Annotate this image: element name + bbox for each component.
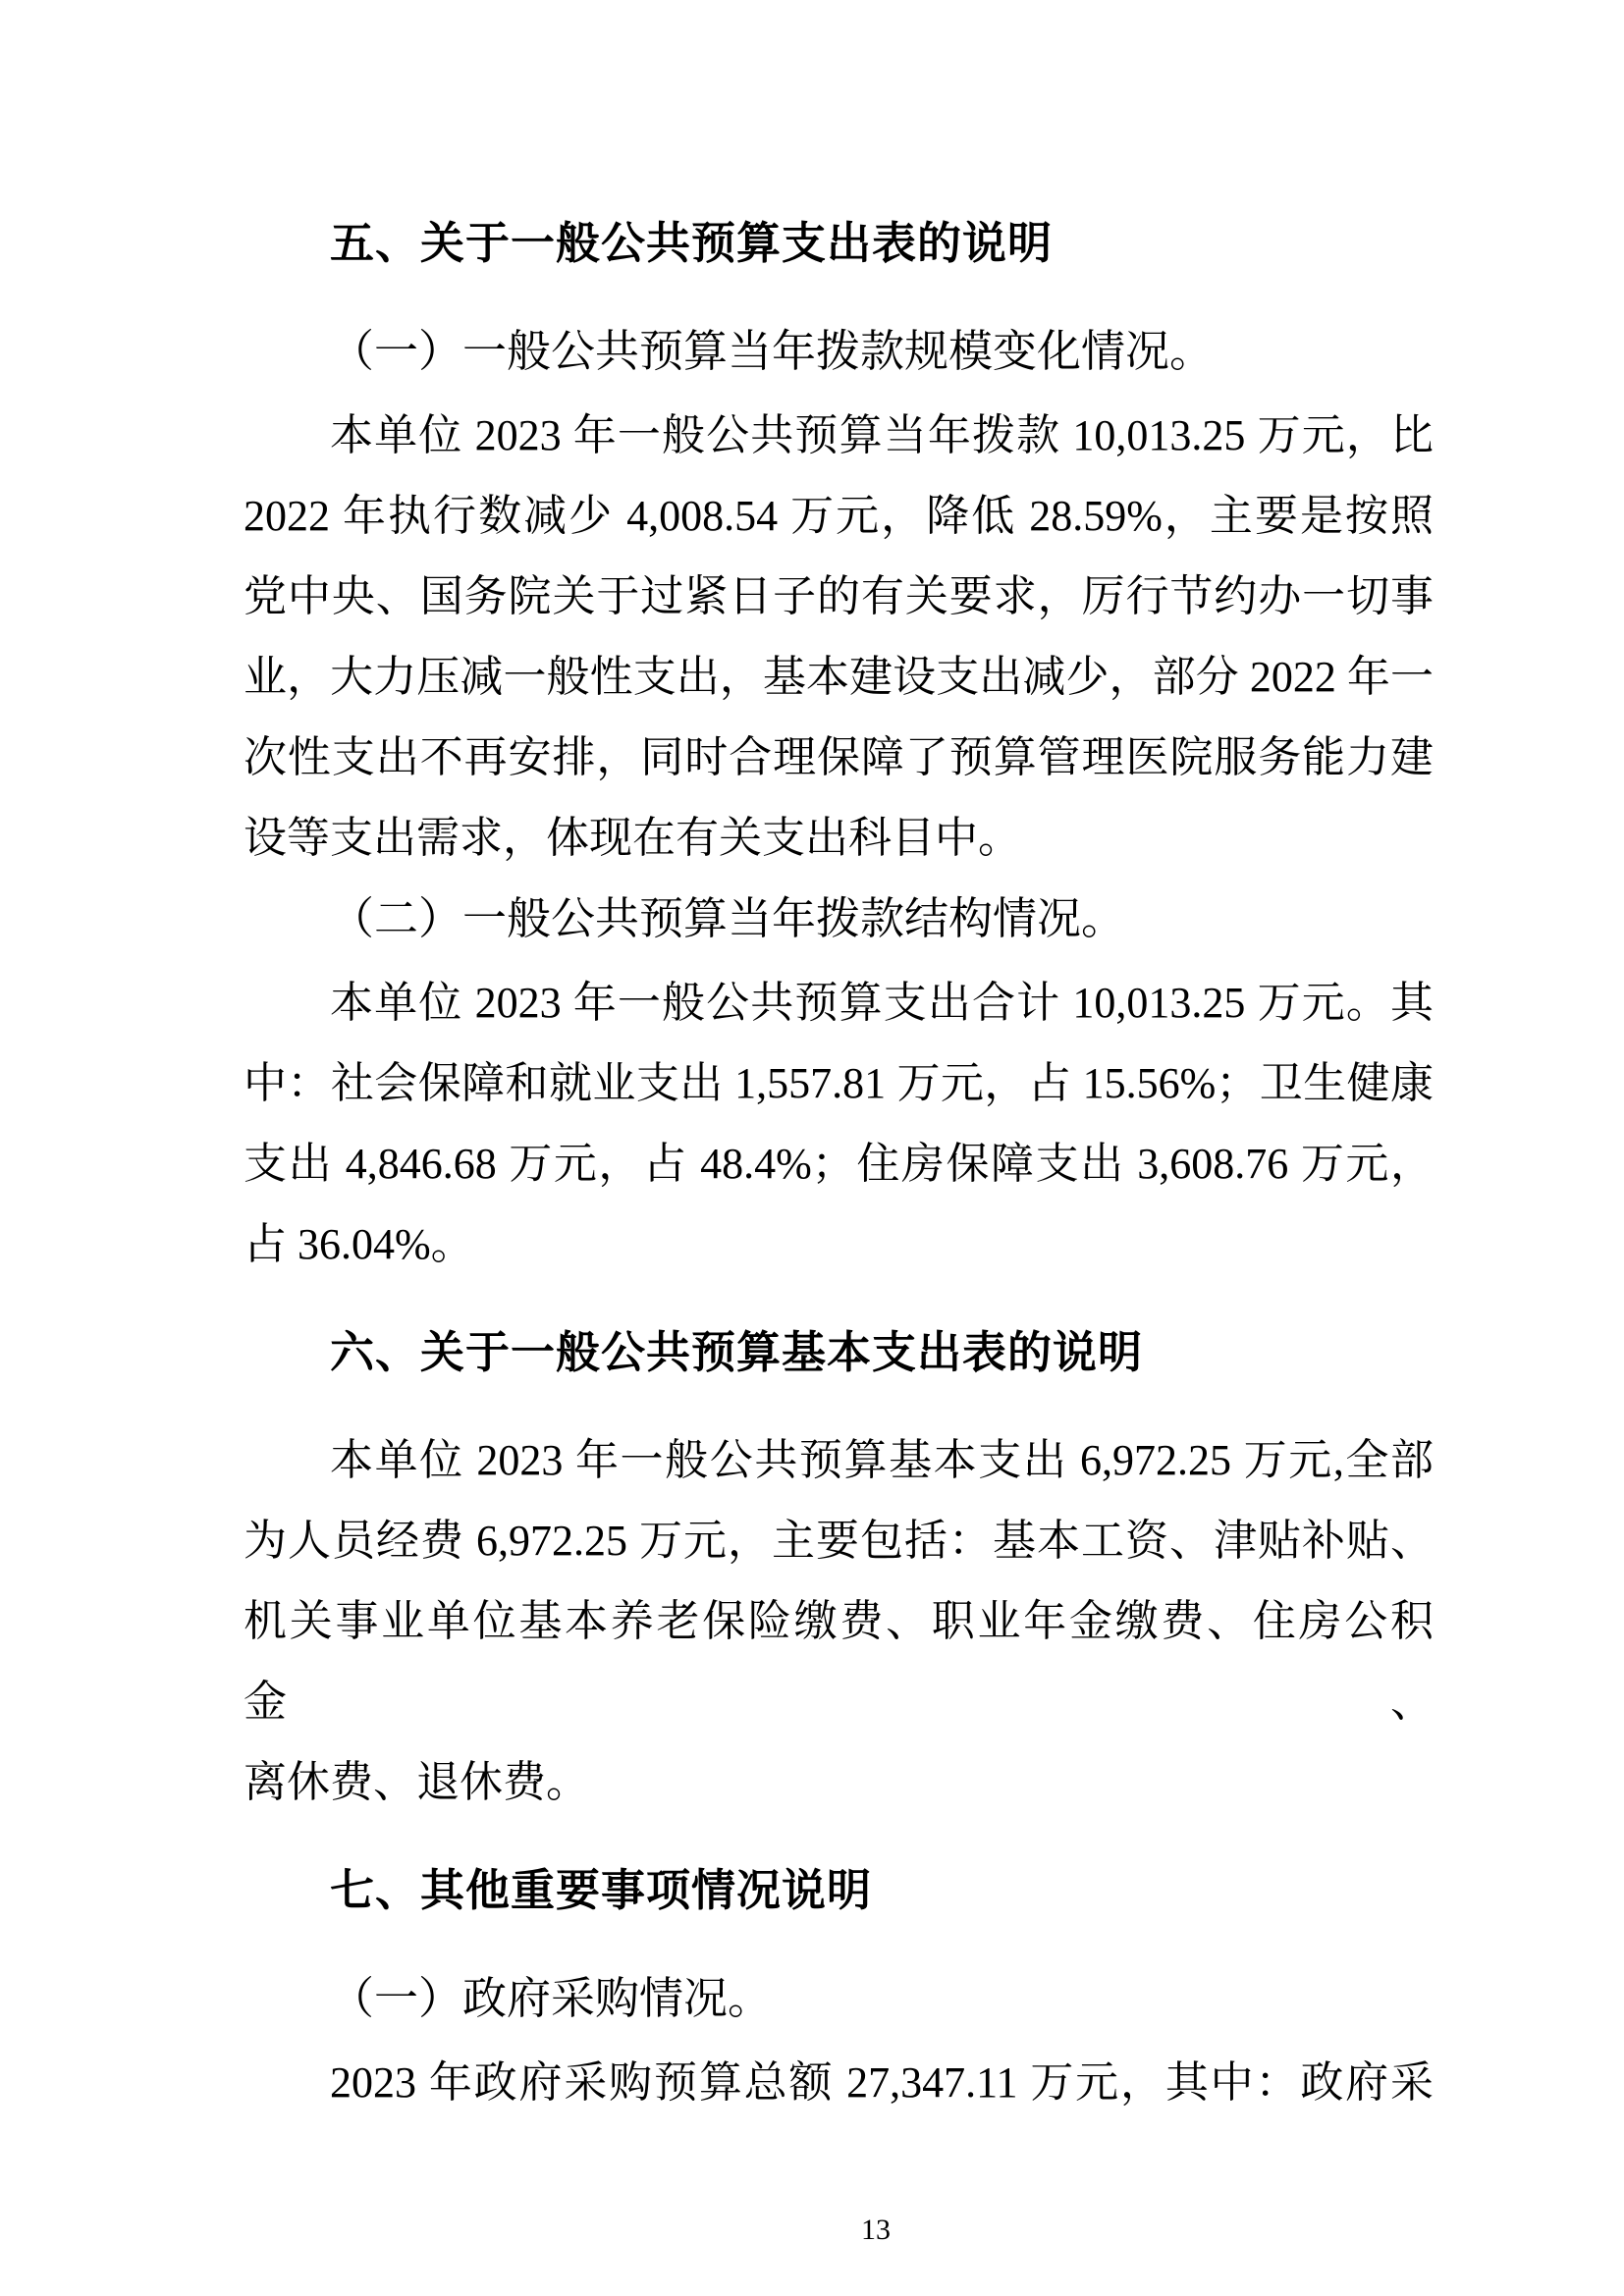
paragraph-line: 业，大力压减一般性支出，基本建设支出减少，部分 2022 年一 <box>244 637 1434 718</box>
section-heading: 五、关于一般公共预算支出表的说明 <box>330 203 1434 284</box>
paragraph-line: 2022 年执行数减少 4,008.54 万元，降低 28.59%，主要是按照 <box>244 476 1434 557</box>
paragraph-line: 党中央、国务院关于过紧日子的有关要求，厉行节约办一切事 <box>244 557 1434 637</box>
paragraph-line: 占 36.04%。 <box>244 1204 1434 1285</box>
paragraph-line: 本单位 2023 年一般公共预算基本支出 6,972.25 万元,全部 <box>244 1420 1434 1501</box>
page-footer: 13 <box>0 2207 1624 2254</box>
paragraph-line: 2023 年政府采购预算总额 27,347.11 万元，其中：政府采 <box>244 2043 1434 2123</box>
subsection-heading: （二）一般公共预算当年拨款结构情况。 <box>330 879 1434 959</box>
section-heading: 六、关于一般公共预算基本支出表的说明 <box>330 1312 1434 1393</box>
subsection-heading: （一）一般公共预算当年拨款规模变化情况。 <box>330 311 1434 392</box>
paragraph-line: 离休费、退休费。 <box>244 1742 1434 1823</box>
paragraph-line: 为人员经费 6,972.25 万元，主要包括：基本工资、津贴补贴、 <box>244 1501 1434 1581</box>
paragraph-line: 中：社会保障和就业支出 1,557.81 万元，占 15.56%；卫生健康 <box>244 1043 1434 1124</box>
document-page: 五、关于一般公共预算支出表的说明（一）一般公共预算当年拨款规模变化情况。本单位 … <box>0 0 1624 2296</box>
document-body: 五、关于一般公共预算支出表的说明（一）一般公共预算当年拨款规模变化情况。本单位 … <box>244 0 1434 2123</box>
page-number: 13 <box>861 2214 891 2246</box>
paragraph-line: 本单位 2023 年一般公共预算支出合计 10,013.25 万元。其 <box>244 963 1434 1043</box>
paragraph-line: 支出 4,846.68 万元，占 48.4%；住房保障支出 3,608.76 万… <box>244 1124 1434 1204</box>
paragraph-line: 本单位 2023 年一般公共预算当年拨款 10,013.25 万元，比 <box>244 396 1434 476</box>
paragraph-line: 次性支出不再安排，同时合理保障了预算管理医院服务能力建 <box>244 718 1434 798</box>
section-heading: 七、其他重要事项情况说明 <box>330 1850 1434 1931</box>
subsection-heading: （一）政府采购情况。 <box>330 1958 1434 2039</box>
paragraph-line: 机关事业单位基本养老保险缴费、职业年金缴费、住房公积金、 <box>244 1581 1434 1742</box>
paragraph-line: 设等支出需求，体现在有关支出科目中。 <box>244 798 1434 879</box>
